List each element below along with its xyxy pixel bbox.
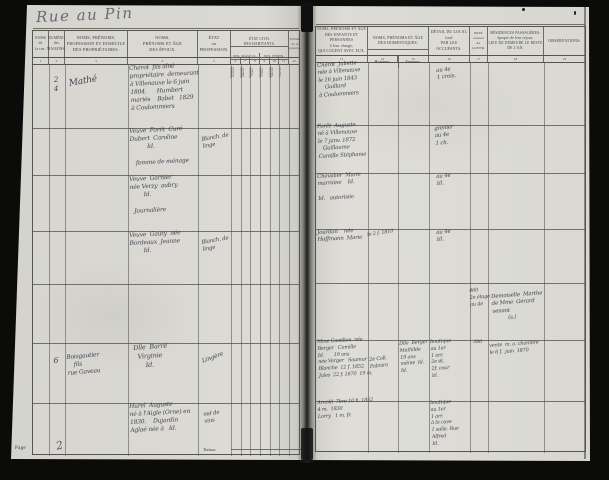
- handwriting-entry: Boisgautier fils rue Gaveau: [66, 351, 101, 378]
- handwriting-entry: le 2 f. 1810: [367, 228, 394, 238]
- handwriting-entry: Chérot fils aîné propriétaire demeurant …: [129, 61, 201, 113]
- handwriting-entry: Forêt Auguste né à Villenauxe le 7 janv.…: [317, 122, 367, 162]
- handwriting-entry: Blanch. de linge: [201, 132, 231, 151]
- handwriting-entry: boutique au 1er 1 arr. 2e ét. 2f. cour I…: [430, 338, 453, 380]
- handwriting-entry: 2e Coll. Palmira: [369, 355, 388, 370]
- handwriting-entry: 2 4: [48, 76, 64, 95]
- handwriting-entry: Dlle Barré Virginie Id.: [133, 342, 169, 371]
- handwriting-entry: Veuve Gauty née Bordeaux Jeanne Id.: [129, 229, 182, 256]
- handwriting-entry: Blanch. de linge: [201, 235, 231, 254]
- handwriting-layer: 2 4MathéChérot fils aîné propriétaire de…: [0, 0, 609, 480]
- handwriting-entry: au 4e 1 crois.: [436, 66, 456, 83]
- handwriting-entry: Hurel Auguste né à l'Aigle (Orne) en 183…: [129, 400, 191, 436]
- handwriting-entry: boutique au 1er 1 arr. à la cave 1 salle…: [430, 399, 460, 448]
- handwriting-entry: 460 2e étage au 4e: [469, 287, 491, 309]
- handwriting-entry: Demoiselle Marthe de Mme Gérard venant (…: [491, 290, 544, 323]
- handwriting-entry: Jourdan née Hoffmann Marie: [317, 228, 363, 245]
- handwriting-entry: 380: [473, 339, 482, 346]
- handwriting-entry: Lingère: [201, 350, 225, 365]
- handwriting-entry: Dlle Berger Mathilde 19 ans même Id. Id.: [399, 339, 430, 375]
- handwriting-entry: Arnold 7bre 10 h. 1852 4 m. 1830 Lorry 1…: [317, 397, 374, 420]
- handwriting-entry: grenier au 4e 1 ch.: [434, 124, 455, 148]
- totals-label: Totaux.: [203, 447, 217, 452]
- handwriting-entry: vente m. a. chambre le 6 f. juin 1870: [489, 340, 539, 357]
- handwriting-entry: md de vins: [203, 410, 221, 427]
- handwriting-entry: Chevalier Marie marraine Id. Id. autoris…: [317, 172, 362, 204]
- handwriting-entry: 6: [48, 356, 64, 367]
- handwriting-entry: Veuve Garnier née Verzy aubry Id. Journa…: [129, 173, 179, 216]
- handwriting-entry: Chérot Juliette née à Villenauxe le 16 j…: [317, 60, 362, 100]
- scanned-register-photo: Rue au Pin NOMS de la rue. NUMÉRO des MA…: [0, 0, 609, 480]
- handwriting-entry: Veuve Forêt Curé Dubert Caroline Id. fem…: [129, 125, 189, 168]
- handwriting-entry: Mathé: [68, 73, 98, 90]
- handwriting-entry: au 4e Id.: [436, 229, 452, 245]
- handwriting-entry: Mme Castillon née Berger Camille Id. 19 …: [317, 336, 373, 379]
- handwriting-entry: au 4e Id.: [436, 173, 452, 189]
- page-label: Page: [15, 446, 26, 451]
